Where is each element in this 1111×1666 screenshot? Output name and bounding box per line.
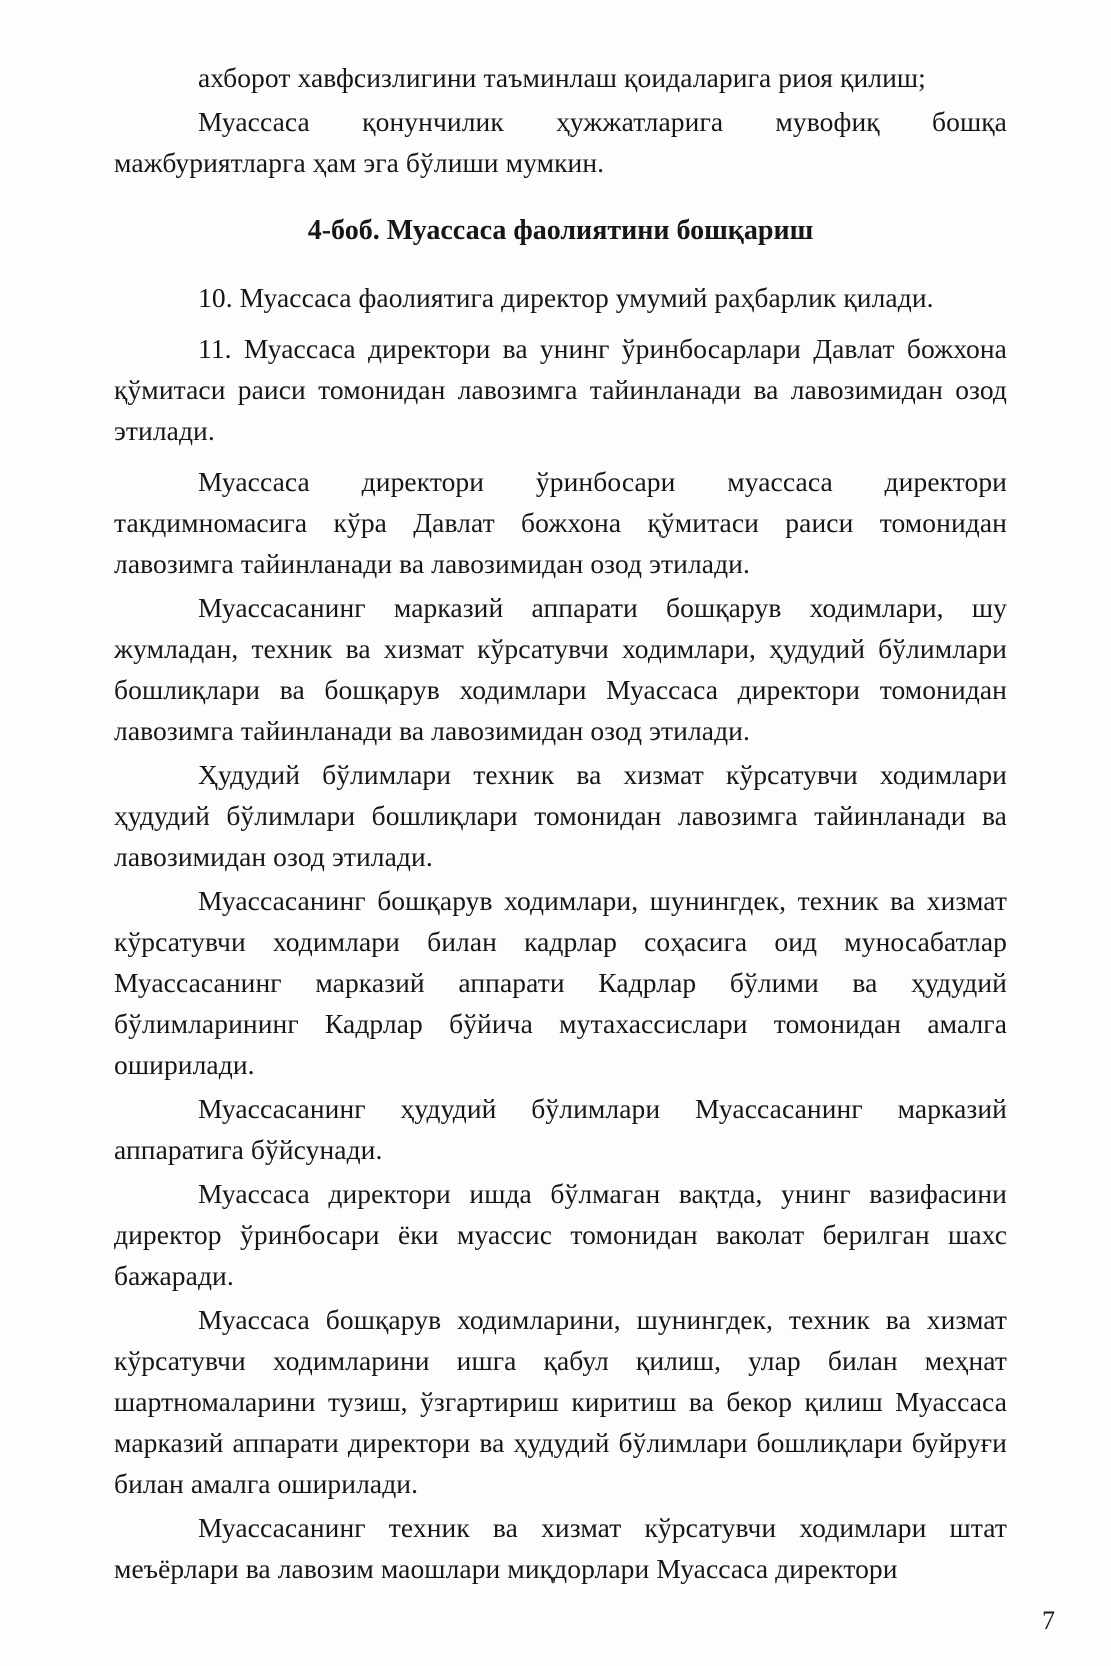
paragraph-item-11: 11. Муассаса директори ва унинг ўринбоса… [114,328,1007,451]
paragraph-intro-2: Муассаса қонунчилик ҳужжатларига мувофиқ… [114,101,1007,183]
paragraph-intro-1: ахборот хавфсизлигини таъминлаш қоидалар… [114,57,1007,98]
text-block: ахборот хавфсизлигини таъминлаш қоидалар… [114,57,1007,1592]
paragraph-staff-norms: Муассасанинг техник ва хизмат кўрсатувчи… [114,1507,1007,1589]
paragraph-central-staff: Муассасанинг марказий аппарати бошқарув … [114,587,1007,751]
chapter-heading: 4-боб. Муассаса фаолиятини бошқариш [114,210,1007,251]
paragraph-territorial-staff: Ҳудудий бўлимлари техник ва хизмат кўрса… [114,754,1007,877]
paragraph-item-10: 10. Муассаса фаолиятига директор умумий … [114,277,1007,318]
page-number: 7 [1042,1606,1055,1636]
paragraph-hr-relations: Муассасанинг бошқарув ходимлари, шунингд… [114,880,1007,1085]
paragraph-deputy-appointment: Муассаса директори ўринбосари муассаса д… [114,461,1007,584]
document-page: ахборот хавфсизлигини таъминлаш қоидалар… [0,0,1111,1666]
paragraph-director-absence: Муассаса директори ишда бўлмаган вақтда,… [114,1173,1007,1296]
paragraph-subordination: Муассасанинг ҳудудий бўлимлари Муассасан… [114,1088,1007,1170]
paragraph-employment-contracts: Муассаса бошқарув ходимларини, шунингдек… [114,1299,1007,1504]
